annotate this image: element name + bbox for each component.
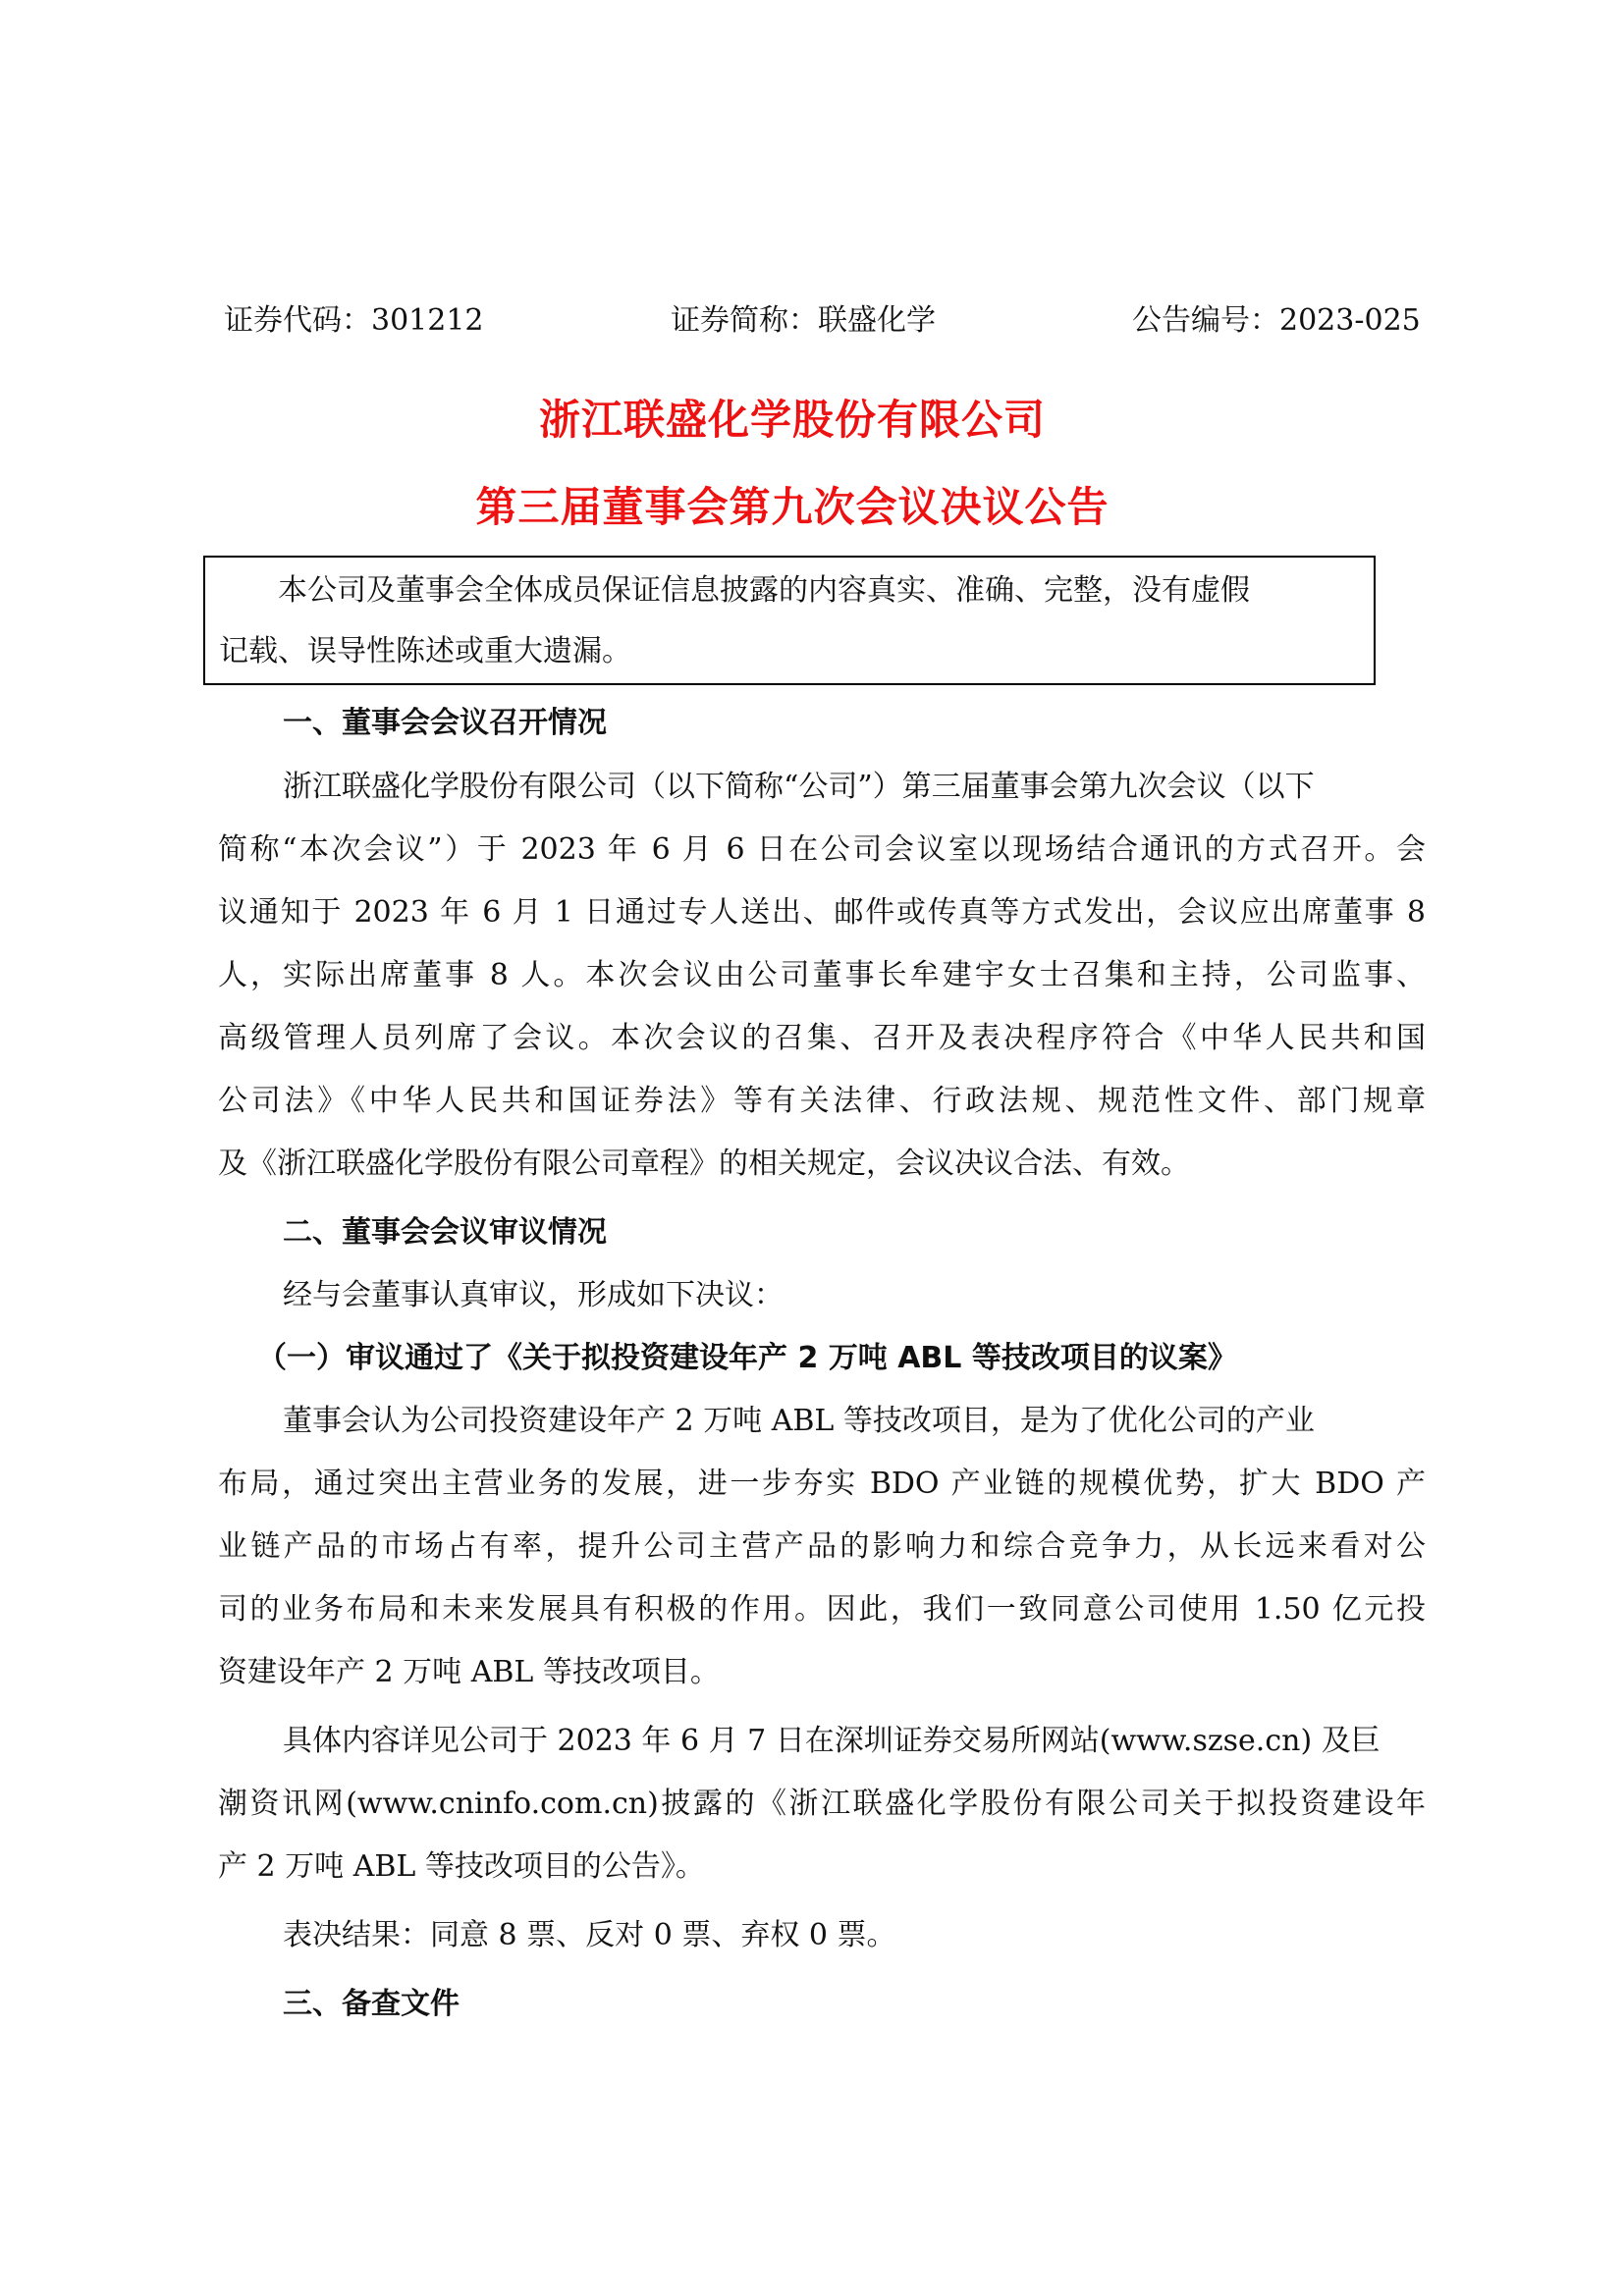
paragraph-line: 及《浙江联盛化学股份有限公司章程》的相关规定，会议决议合法、有效。 (218, 1145, 1190, 1184)
paragraph-line: 公司法》《中华人民共和国证券法》等有关法律、行政法规、规范性文件、部门规章 (218, 1082, 1426, 1121)
paragraph-line: 董事会认为公司投资建设年产 2 万吨 ABL 等技改项目，是为了优化公司的产业 (283, 1402, 1315, 1441)
stock-short-name: 证券简称：联盛化学 (671, 296, 936, 346)
stock-code: 证券代码：301212 (224, 296, 484, 346)
paragraph-line: 人，实际出席董事 8 人。本次会议由公司董事长牟建宇女士召集和主持，公司监事、 (218, 956, 1426, 995)
paragraph-line: 具体内容详见公司于 2023 年 6 月 7 日在深圳证券交易所网站(www.s… (283, 1722, 1380, 1761)
paragraph-line: 浙江联盛化学股份有限公司（以下简称“公司”）第三届董事会第九次会议（以下 (283, 768, 1315, 807)
disclaimer-line: 记载、误导性陈述或重大遗漏。 (219, 632, 631, 671)
resolution-subheading: （一）审议通过了《关于拟投资建设年产 2 万吨 ABL 等技改项目的议案》 (257, 1339, 1237, 1378)
announcement-header: 证券代码：301212 证券简称：联盛化学 公告编号：2023-025 (224, 296, 1424, 346)
announcement-number: 公告编号：2023-025 (1132, 296, 1421, 346)
paragraph-line: 资建设年产 2 万吨 ABL 等技改项目。 (218, 1653, 720, 1692)
paragraph-line: 业链产品的市场占有率，提升公司主营产品的影响力和综合竞争力，从长远来看对公 (218, 1527, 1426, 1567)
paragraph-line: 高级管理人员列席了会议。本次会议的召集、召开及表决程序符合《中华人民共和国 (218, 1019, 1426, 1058)
disclaimer-box: 本公司及董事会全体成员保证信息披露的内容真实、准确、完整，没有虚假 记载、误导性… (203, 556, 1376, 685)
paragraph-line: 司的业务布局和未来发展具有积极的作用。因此，我们一致同意公司使用 1.50 亿元… (218, 1590, 1426, 1629)
disclaimer-line: 本公司及董事会全体成员保证信息披露的内容真实、准确、完整，没有虚假 (219, 571, 1250, 611)
paragraph-line: 简称“本次会议”）于 2023 年 6 月 6 日在公司会议室以现场结合通讯的方… (218, 830, 1426, 870)
paragraph-line: 产 2 万吨 ABL 等技改项目的公告》。 (218, 1847, 705, 1887)
company-title: 浙江联盛化学股份有限公司 (0, 388, 1604, 447)
announcement-title: 第三届董事会第九次会议决议公告 (0, 475, 1604, 534)
document-page: 证券代码：301212 证券简称：联盛化学 公告编号：2023-025 浙江联盛… (0, 0, 1624, 2296)
section-heading-reference-documents: 三、备查文件 (283, 1985, 460, 2024)
section-heading-meeting-convening: 一、董事会会议召开情况 (283, 704, 607, 743)
paragraph-line: 布局，通过突出主营业务的发展，进一步夯实 BDO 产业链的规模优势，扩大 BDO… (218, 1465, 1426, 1504)
section-heading-meeting-review: 二、董事会会议审议情况 (283, 1213, 607, 1253)
paragraph-line: 潮资讯网(www.cninfo.com.cn)披露的《浙江联盛化学股份有限公司关… (218, 1785, 1426, 1824)
vote-result: 表决结果：同意 8 票、反对 0 票、弃权 0 票。 (283, 1916, 895, 1955)
paragraph-line: 经与会董事认真审议，形成如下决议： (283, 1276, 784, 1315)
paragraph-line: 议通知于 2023 年 6 月 1 日通过专人送出、邮件或传真等方式发出，会议应… (218, 893, 1426, 933)
